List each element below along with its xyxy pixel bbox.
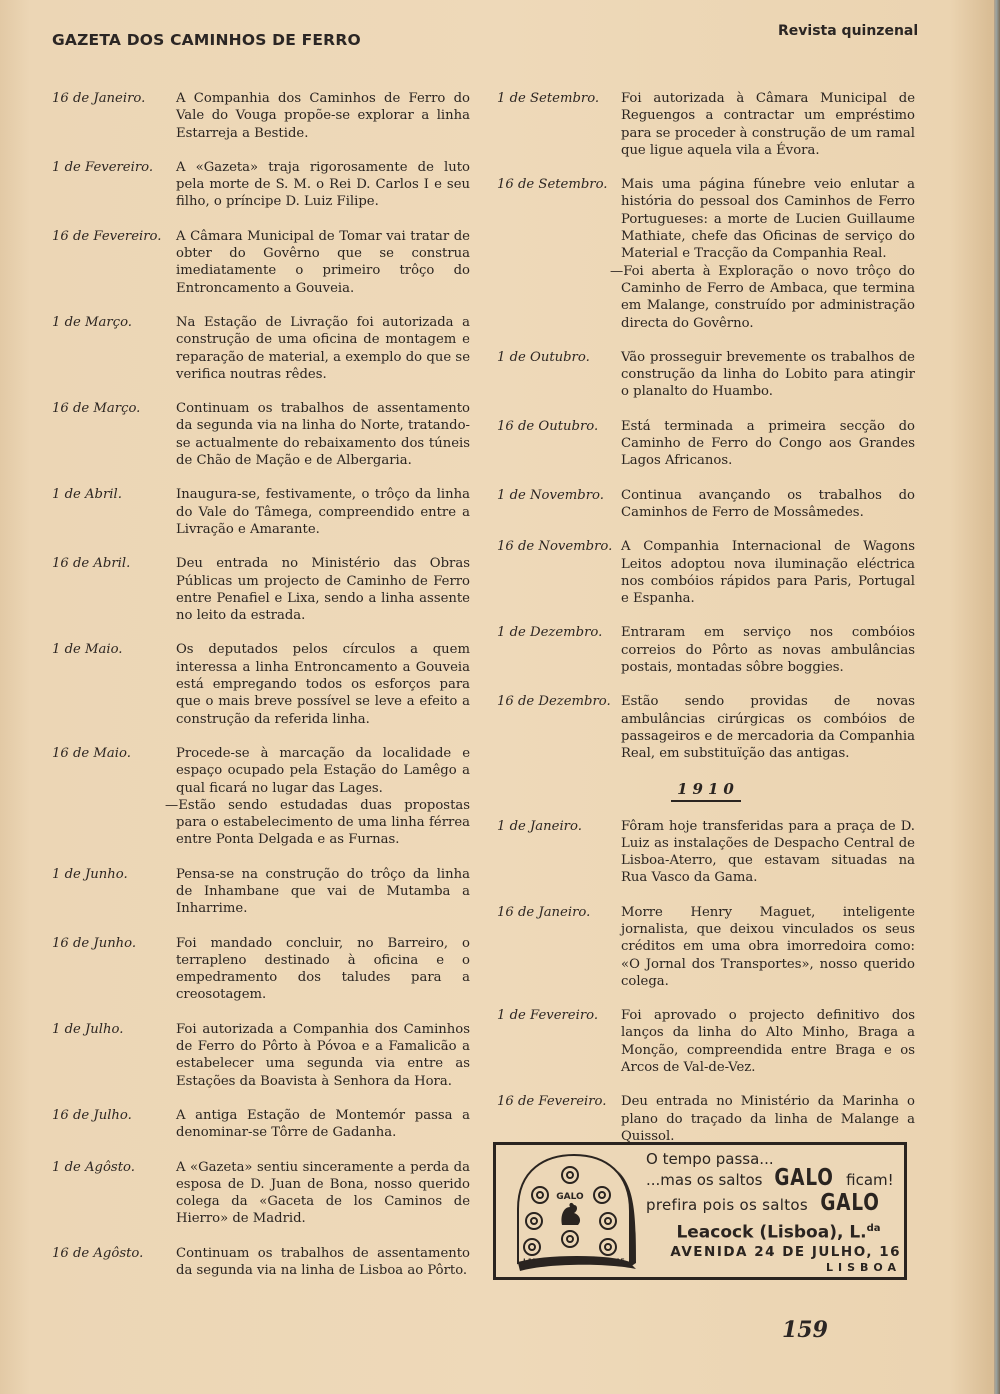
entry-paragraph: Deu entrada no Ministério da Marinha o p… bbox=[621, 1093, 915, 1145]
entry-text: Vão prosseguir brevemente os trabalhos d… bbox=[621, 349, 915, 401]
entry-paragraph-continuation: —Estão sendo estudadas duas propostas pa… bbox=[176, 797, 470, 849]
entry-text: A antiga Estação de Montemór passa a den… bbox=[176, 1107, 470, 1142]
ad-city: LISBOA bbox=[646, 1261, 901, 1274]
chronology-entry: 1 de Maio. Os deputados pelos círculos a… bbox=[52, 641, 470, 727]
magazine-page: GAZETA DOS CAMINHOS DE FERRO Revista qui… bbox=[0, 0, 1000, 1394]
entry-text: Os deputados pelos círculos a quem inter… bbox=[176, 641, 470, 727]
entry-paragraph: Estão sendo providas de novas ambulância… bbox=[621, 693, 915, 762]
chronology-entry: 1 de Outubro. Vão prosseguir brevemente … bbox=[497, 349, 915, 401]
chronology-entry: 16 de Fevereiro. Deu entrada no Ministér… bbox=[497, 1093, 915, 1145]
entry-paragraph: Morre Henry Maguet, inteligente jornalis… bbox=[621, 904, 915, 990]
galo-advertisement: GALO J 15 MARCA REGISTADA J 15 O tempo p… bbox=[493, 1142, 907, 1280]
entry-text: A Companhia Internacional de Wagons Leit… bbox=[621, 538, 915, 607]
chronology-entry: 16 de Maio. Procede-se à marcação da loc… bbox=[52, 745, 470, 849]
chronology-entry: 16 de Janeiro. Morre Henry Maguet, intel… bbox=[497, 904, 915, 990]
entry-date: 1 de Setembro. bbox=[497, 90, 621, 159]
publication-title: GAZETA DOS CAMINHOS DE FERRO bbox=[52, 31, 361, 49]
chronology-entry: 16 de Novembro. A Companhia Internaciona… bbox=[497, 538, 915, 607]
entry-paragraph: Mais uma página fúnebre veio enlutar a h… bbox=[621, 176, 915, 262]
entry-paragraph: A Companhia Internacional de Wagons Leit… bbox=[621, 538, 915, 607]
chronology-entry: 1 de Fevereiro. Foi aprovado o projecto … bbox=[497, 1007, 915, 1076]
entry-date: 1 de Dezembro. bbox=[497, 624, 621, 676]
year-heading: 1910 bbox=[497, 780, 915, 798]
entry-paragraph: Procede-se à marcação da localidade e es… bbox=[176, 745, 470, 797]
entry-paragraph: Foi autorizada à Câmara Municipal de Reg… bbox=[621, 90, 915, 159]
entry-date: 1 de Junho. bbox=[52, 866, 176, 918]
chronology-entry: 16 de Dezembro. Estão sendo providas de … bbox=[497, 693, 915, 762]
ad-text: ...mas os saltos bbox=[646, 1171, 767, 1189]
chronology-entry: 1 de Fevereiro. A «Gazeta» traja rigoros… bbox=[52, 159, 470, 211]
entry-text: Continuam os trabalhos de assentamento d… bbox=[176, 1245, 470, 1280]
ad-text: ficam! bbox=[841, 1171, 893, 1189]
entry-paragraph: Vão prosseguir brevemente os trabalhos d… bbox=[621, 349, 915, 401]
chronology-entry: 1 de Dezembro. Entraram em serviço nos c… bbox=[497, 624, 915, 676]
entry-date: 16 de Janeiro. bbox=[497, 904, 621, 990]
entry-paragraph: Continua avançando os trabalhos do Camin… bbox=[621, 487, 915, 522]
entry-paragraph: A «Gazeta» sentiu sinceramente a perda d… bbox=[176, 1159, 470, 1228]
entry-paragraph: A antiga Estação de Montemór passa a den… bbox=[176, 1107, 470, 1142]
entry-text: Mais uma página fúnebre veio enlutar a h… bbox=[621, 176, 915, 332]
entry-text: Deu entrada no Ministério da Marinha o p… bbox=[621, 1093, 915, 1145]
chronology-entry: 1 de Julho. Foi autorizada a Companhia d… bbox=[52, 1021, 470, 1090]
entry-text: Foi aprovado o projecto definitivo dos l… bbox=[621, 1007, 915, 1076]
ad-address: AVENIDA 24 DE JULHO, 16 bbox=[646, 1244, 901, 1261]
ad-brand: GALO bbox=[821, 1190, 880, 1216]
chronology-entry: 1 de Junho. Pensa-se na construção do tr… bbox=[52, 866, 470, 918]
entry-text: A Câmara Municipal de Tomar vai tratar d… bbox=[176, 228, 470, 297]
entry-date: 16 de Março. bbox=[52, 400, 176, 469]
ad-company: Leacock (Lisboa), L.da bbox=[646, 1218, 901, 1244]
entry-date: 16 de Maio. bbox=[52, 745, 176, 849]
chronology-entry: 1 de Abril. Inaugura-se, festivamente, o… bbox=[52, 486, 470, 538]
chronology-entry: 16 de Julho. A antiga Estação de Montemó… bbox=[52, 1107, 470, 1142]
ad-copy: O tempo passa... ...mas os saltos GALO f… bbox=[646, 1151, 901, 1274]
entry-text: Foi autorizada a Companhia dos Caminhos … bbox=[176, 1021, 470, 1090]
entry-date: 16 de Fevereiro. bbox=[52, 228, 176, 297]
heel-label: GALO bbox=[556, 1192, 584, 1202]
entry-text: Deu entrada no Ministério das Obras Públ… bbox=[176, 555, 470, 624]
publication-subtitle: Revista quinzenal bbox=[778, 23, 918, 39]
ad-tagline-3: prefira pois os saltos GALO bbox=[646, 1190, 901, 1218]
entry-paragraph: Continuam os trabalhos de assentamento d… bbox=[176, 1245, 470, 1280]
entry-paragraph: Continuam os trabalhos de assentamento d… bbox=[176, 400, 470, 469]
entry-text: Na Estação de Livração foi autorizada a … bbox=[176, 314, 470, 383]
entry-text: Procede-se à marcação da localidade e es… bbox=[176, 745, 470, 849]
entry-text: Fôram hoje transferidas para a praça de … bbox=[621, 818, 915, 887]
entry-date: 1 de Agôsto. bbox=[52, 1159, 176, 1228]
entry-date: 1 de Fevereiro. bbox=[497, 1007, 621, 1076]
entry-text: A Companhia dos Caminhos de Ferro do Val… bbox=[176, 90, 470, 142]
ad-text: prefira pois os saltos bbox=[646, 1196, 813, 1214]
entry-paragraph-continuation: —Foi aberta à Exploração o novo trôço do… bbox=[621, 263, 915, 332]
chronology-entry: 1 de Setembro. Foi autorizada à Câmara M… bbox=[497, 90, 915, 159]
entry-date: 1 de Janeiro. bbox=[497, 818, 621, 887]
entry-date: 16 de Outubro. bbox=[497, 418, 621, 470]
entry-paragraph: Foi aprovado o projecto definitivo dos l… bbox=[621, 1007, 915, 1076]
left-column: 16 de Janeiro. A Companhia dos Caminhos … bbox=[52, 90, 470, 1296]
entry-text: Continua avançando os trabalhos do Camin… bbox=[621, 487, 915, 522]
ad-company-name: Leacock (Lisboa), L. bbox=[676, 1223, 866, 1243]
chronology-entry: 16 de Outubro. Está terminada a primeira… bbox=[497, 418, 915, 470]
entry-text: Inaugura-se, festivamente, o trôço da li… bbox=[176, 486, 470, 538]
entry-text: Estão sendo providas de novas ambulância… bbox=[621, 693, 915, 762]
chronology-entry: 16 de Agôsto. Continuam os trabalhos de … bbox=[52, 1245, 470, 1280]
entry-paragraph: Fôram hoje transferidas para a praça de … bbox=[621, 818, 915, 887]
entry-date: 16 de Junho. bbox=[52, 935, 176, 1004]
entry-text: Foi autorizada à Câmara Municipal de Reg… bbox=[621, 90, 915, 159]
year-heading-text: 1910 bbox=[671, 780, 741, 802]
entry-date: 16 de Fevereiro. bbox=[497, 1093, 621, 1145]
entry-date: 16 de Julho. bbox=[52, 1107, 176, 1142]
entry-paragraph: A Câmara Municipal de Tomar vai tratar d… bbox=[176, 228, 470, 297]
entry-paragraph: Foi mandado concluir, no Barreiro, o ter… bbox=[176, 935, 470, 1004]
page-edge bbox=[994, 0, 1000, 1394]
entry-date: 1 de Abril. bbox=[52, 486, 176, 538]
entry-text: Continuam os trabalhos de assentamento d… bbox=[176, 400, 470, 469]
entry-text: Está terminada a primeira secção do Cami… bbox=[621, 418, 915, 470]
entry-text: Entraram em serviço nos combóios correio… bbox=[621, 624, 915, 676]
entry-date: 16 de Janeiro. bbox=[52, 90, 176, 142]
chronology-entry: 1 de Agôsto. A «Gazeta» sentiu sincerame… bbox=[52, 1159, 470, 1228]
ad-tagline-2: ...mas os saltos GALO ficam! bbox=[646, 1168, 901, 1190]
chronology-entry: 16 de Março. Continuam os trabalhos de a… bbox=[52, 400, 470, 469]
entry-date: 1 de Julho. bbox=[52, 1021, 176, 1090]
entry-text: Pensa-se na construção do trôço da linha… bbox=[176, 866, 470, 918]
page-number: 159 bbox=[782, 1317, 828, 1343]
chronology-entry: 16 de Junho. Foi mandado concluir, no Ba… bbox=[52, 935, 470, 1004]
entry-date: 1 de Maio. bbox=[52, 641, 176, 727]
entry-date: 1 de Novembro. bbox=[497, 487, 621, 522]
entry-date: 1 de Março. bbox=[52, 314, 176, 383]
ad-brand: GALO bbox=[775, 1168, 834, 1188]
entry-date: 1 de Outubro. bbox=[497, 349, 621, 401]
chronology-entry: 1 de Março. Na Estação de Livração foi a… bbox=[52, 314, 470, 383]
entry-paragraph: Está terminada a primeira secção do Cami… bbox=[621, 418, 915, 470]
entry-text: Foi mandado concluir, no Barreiro, o ter… bbox=[176, 935, 470, 1004]
chronology-entry: 16 de Janeiro. A Companhia dos Caminhos … bbox=[52, 90, 470, 142]
entry-date: 16 de Novembro. bbox=[497, 538, 621, 607]
entry-text: Morre Henry Maguet, inteligente jornalis… bbox=[621, 904, 915, 990]
entry-date: 16 de Abril. bbox=[52, 555, 176, 624]
entry-paragraph: A «Gazeta» traja rigorosamente de luto p… bbox=[176, 159, 470, 211]
chronology-entry: 16 de Abril. Deu entrada no Ministério d… bbox=[52, 555, 470, 624]
entry-paragraph: A Companhia dos Caminhos de Ferro do Val… bbox=[176, 90, 470, 142]
right-column: 1 de Setembro. Foi autorizada à Câmara M… bbox=[497, 90, 915, 1173]
entry-paragraph: Pensa-se na construção do trôço da linha… bbox=[176, 866, 470, 918]
entry-date: 16 de Setembro. bbox=[497, 176, 621, 332]
chronology-entry: 16 de Setembro. Mais uma página fúnebre … bbox=[497, 176, 915, 332]
ad-company-suffix: da bbox=[867, 1223, 881, 1234]
entry-date: 16 de Agôsto. bbox=[52, 1245, 176, 1280]
entry-date: 16 de Dezembro. bbox=[497, 693, 621, 762]
entry-paragraph: Entraram em serviço nos combóios correio… bbox=[621, 624, 915, 676]
rooster-heel-icon: GALO J 15 MARCA REGISTADA J 15 bbox=[508, 1151, 640, 1279]
chronology-entry: 16 de Fevereiro. A Câmara Municipal de T… bbox=[52, 228, 470, 297]
heel-trademark: J 15 MARCA REGISTADA J 15 bbox=[522, 1257, 625, 1265]
chronology-entry: 1 de Novembro. Continua avançando os tra… bbox=[497, 487, 915, 522]
entry-paragraph: Deu entrada no Ministério das Obras Públ… bbox=[176, 555, 470, 624]
entry-text: A «Gazeta» traja rigorosamente de luto p… bbox=[176, 159, 470, 211]
entry-paragraph: Foi autorizada a Companhia dos Caminhos … bbox=[176, 1021, 470, 1090]
entry-paragraph: Os deputados pelos círculos a quem inter… bbox=[176, 641, 470, 727]
entry-text: A «Gazeta» sentiu sinceramente a perda d… bbox=[176, 1159, 470, 1228]
entry-paragraph: Na Estação de Livração foi autorizada a … bbox=[176, 314, 470, 383]
entry-paragraph: Inaugura-se, festivamente, o trôço da li… bbox=[176, 486, 470, 538]
chronology-entry: 1 de Janeiro. Fôram hoje transferidas pa… bbox=[497, 818, 915, 887]
entry-date: 1 de Fevereiro. bbox=[52, 159, 176, 211]
